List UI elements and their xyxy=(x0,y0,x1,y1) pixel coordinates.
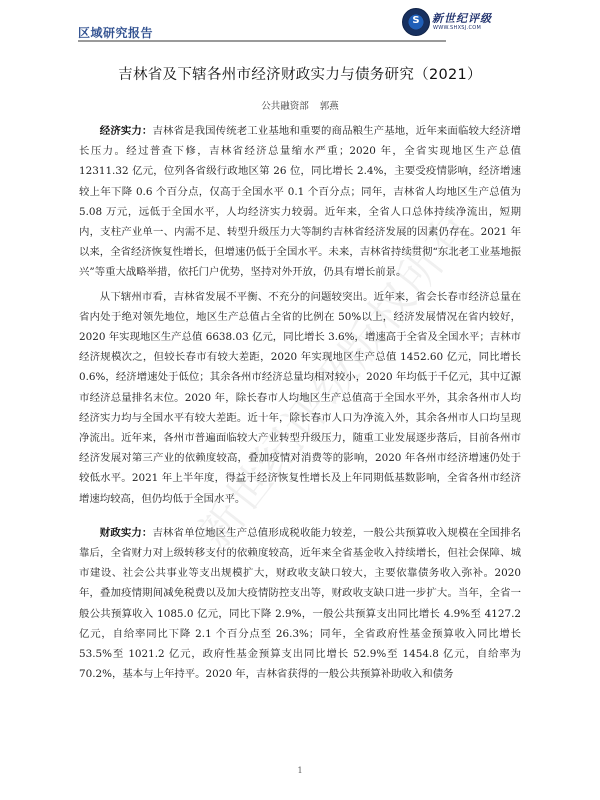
header-divider xyxy=(78,40,446,42)
company-logo: S 新世纪评级 WWW.SHXSJ.COM xyxy=(402,6,542,42)
paragraph-text: 从下辖州市看，吉林省发展不平衡、不充分的问题较突出。近年来，省会长春市经济总量在… xyxy=(79,291,521,505)
page-header: 区域研究报告 S 新世纪评级 WWW.SHXSJ.COM xyxy=(78,6,446,38)
document-title: 吉林省及下辖各州市经济财政实力与债务研究（2021） xyxy=(0,63,600,84)
logo-emblem-icon: S xyxy=(402,8,430,36)
logo-url: WWW.SHXSJ.COM xyxy=(433,25,481,31)
byline: 公共融资部 郭燕 xyxy=(0,98,600,112)
section-title: 区域研究报告 xyxy=(78,24,153,41)
paragraph-prefecture-cities: 从下辖州市看，吉林省发展不平衡、不充分的问题较突出。近年来，省会长春市经济总量在… xyxy=(79,287,521,509)
paragraph-economic-strength: 经济实力：吉林省是我国传统老工业基地和重要的商品粮生产基地，近年来面临较大经济增… xyxy=(79,121,521,283)
author-department: 公共融资部 xyxy=(261,101,309,112)
paragraph-text: 吉林省是我国传统老工业基地和重要的商品粮生产基地，近年来面临较大经济增长压力。经… xyxy=(79,125,521,278)
paragraph-fiscal-strength: 财政实力：吉林省单位地区生产总值形成税收能力较差，一般公共预算收入规模在全国排名… xyxy=(79,523,521,685)
page-number: 1 xyxy=(0,766,600,775)
author-name: 郭燕 xyxy=(320,101,339,112)
logo-name: 新世纪评级 xyxy=(432,10,492,26)
document-body: 经济实力：吉林省是我国传统老工业基地和重要的商品粮生产基地，近年来面临较大经济增… xyxy=(79,121,521,684)
paragraph-text: 吉林省单位地区生产总值形成税收能力较差，一般公共预算收入规模在全国排名靠后，全省… xyxy=(79,527,521,680)
paragraph-lead: 经济实力： xyxy=(100,125,153,137)
paragraph-lead: 财政实力： xyxy=(100,527,153,539)
